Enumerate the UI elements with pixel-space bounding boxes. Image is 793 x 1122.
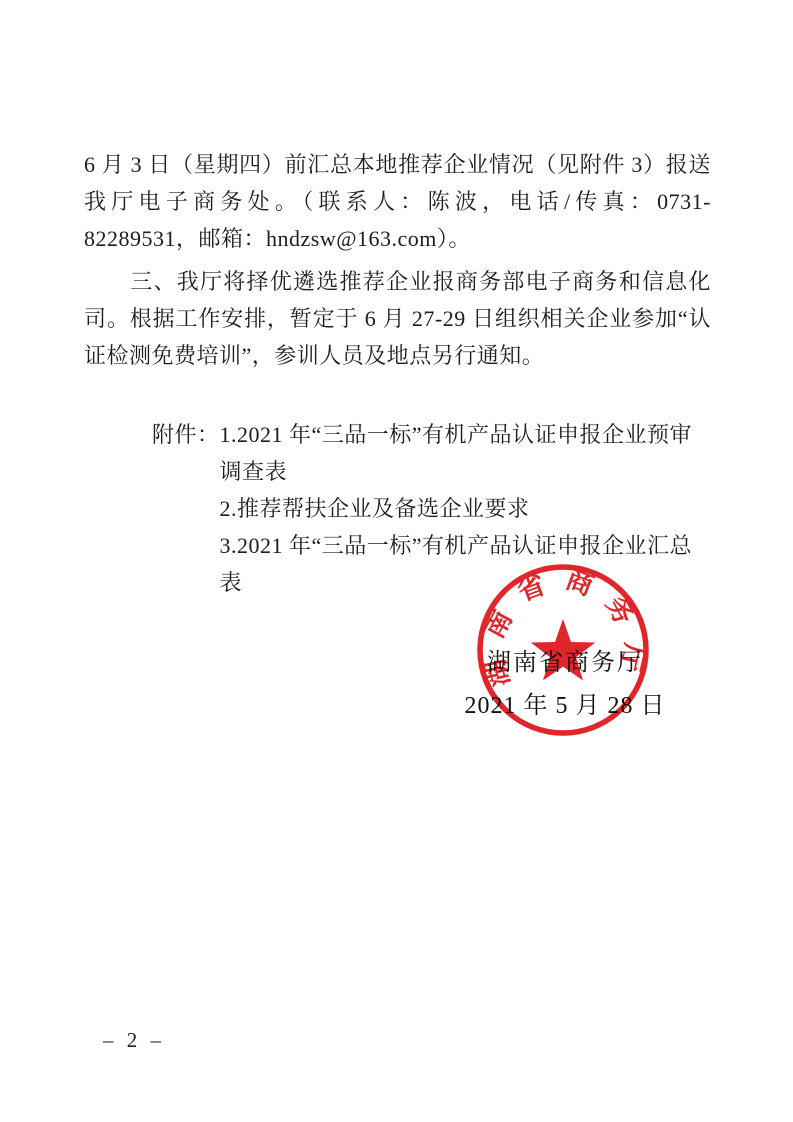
paragraph: 6 月 3 日（星期四）前汇总本地推荐企业情况（见附件 3）报送我厅电子商务处。… [84,146,711,257]
attachment-item: 2.推荐帮扶企业及备选企业要求 [220,490,711,527]
attachment-item: 3.2021 年“三品一标”有机产品认证申报企业汇总表 [220,527,711,601]
signature-block: 湖南省商务厅 2021 年 5 月 28 日 [430,648,700,721]
paragraph: 三、我厅将择优遴选推荐企业报商务部电子商务和信息化司。根据工作安排，暂定于 6 … [84,263,711,374]
page-number: – 2 – [103,1028,165,1053]
attachments-label: 附件： [152,416,220,601]
document-page: 6 月 3 日（星期四）前汇总本地推荐企业情况（见附件 3）报送我厅电子商务处。… [0,0,793,1122]
attachments-list: 附件： 1.2021 年“三品一标”有机产品认证申报企业预审调查表 2.推荐帮扶… [152,416,711,601]
signature-agency: 湖南省商务厅 [430,648,700,678]
signature-date: 2021 年 5 月 28 日 [430,691,700,721]
attachment-item: 1.2021 年“三品一标”有机产品认证申报企业预审调查表 [220,416,711,490]
letter-body: 6 月 3 日（星期四）前汇总本地推荐企业情况（见附件 3）报送我厅电子商务处。… [84,146,711,601]
